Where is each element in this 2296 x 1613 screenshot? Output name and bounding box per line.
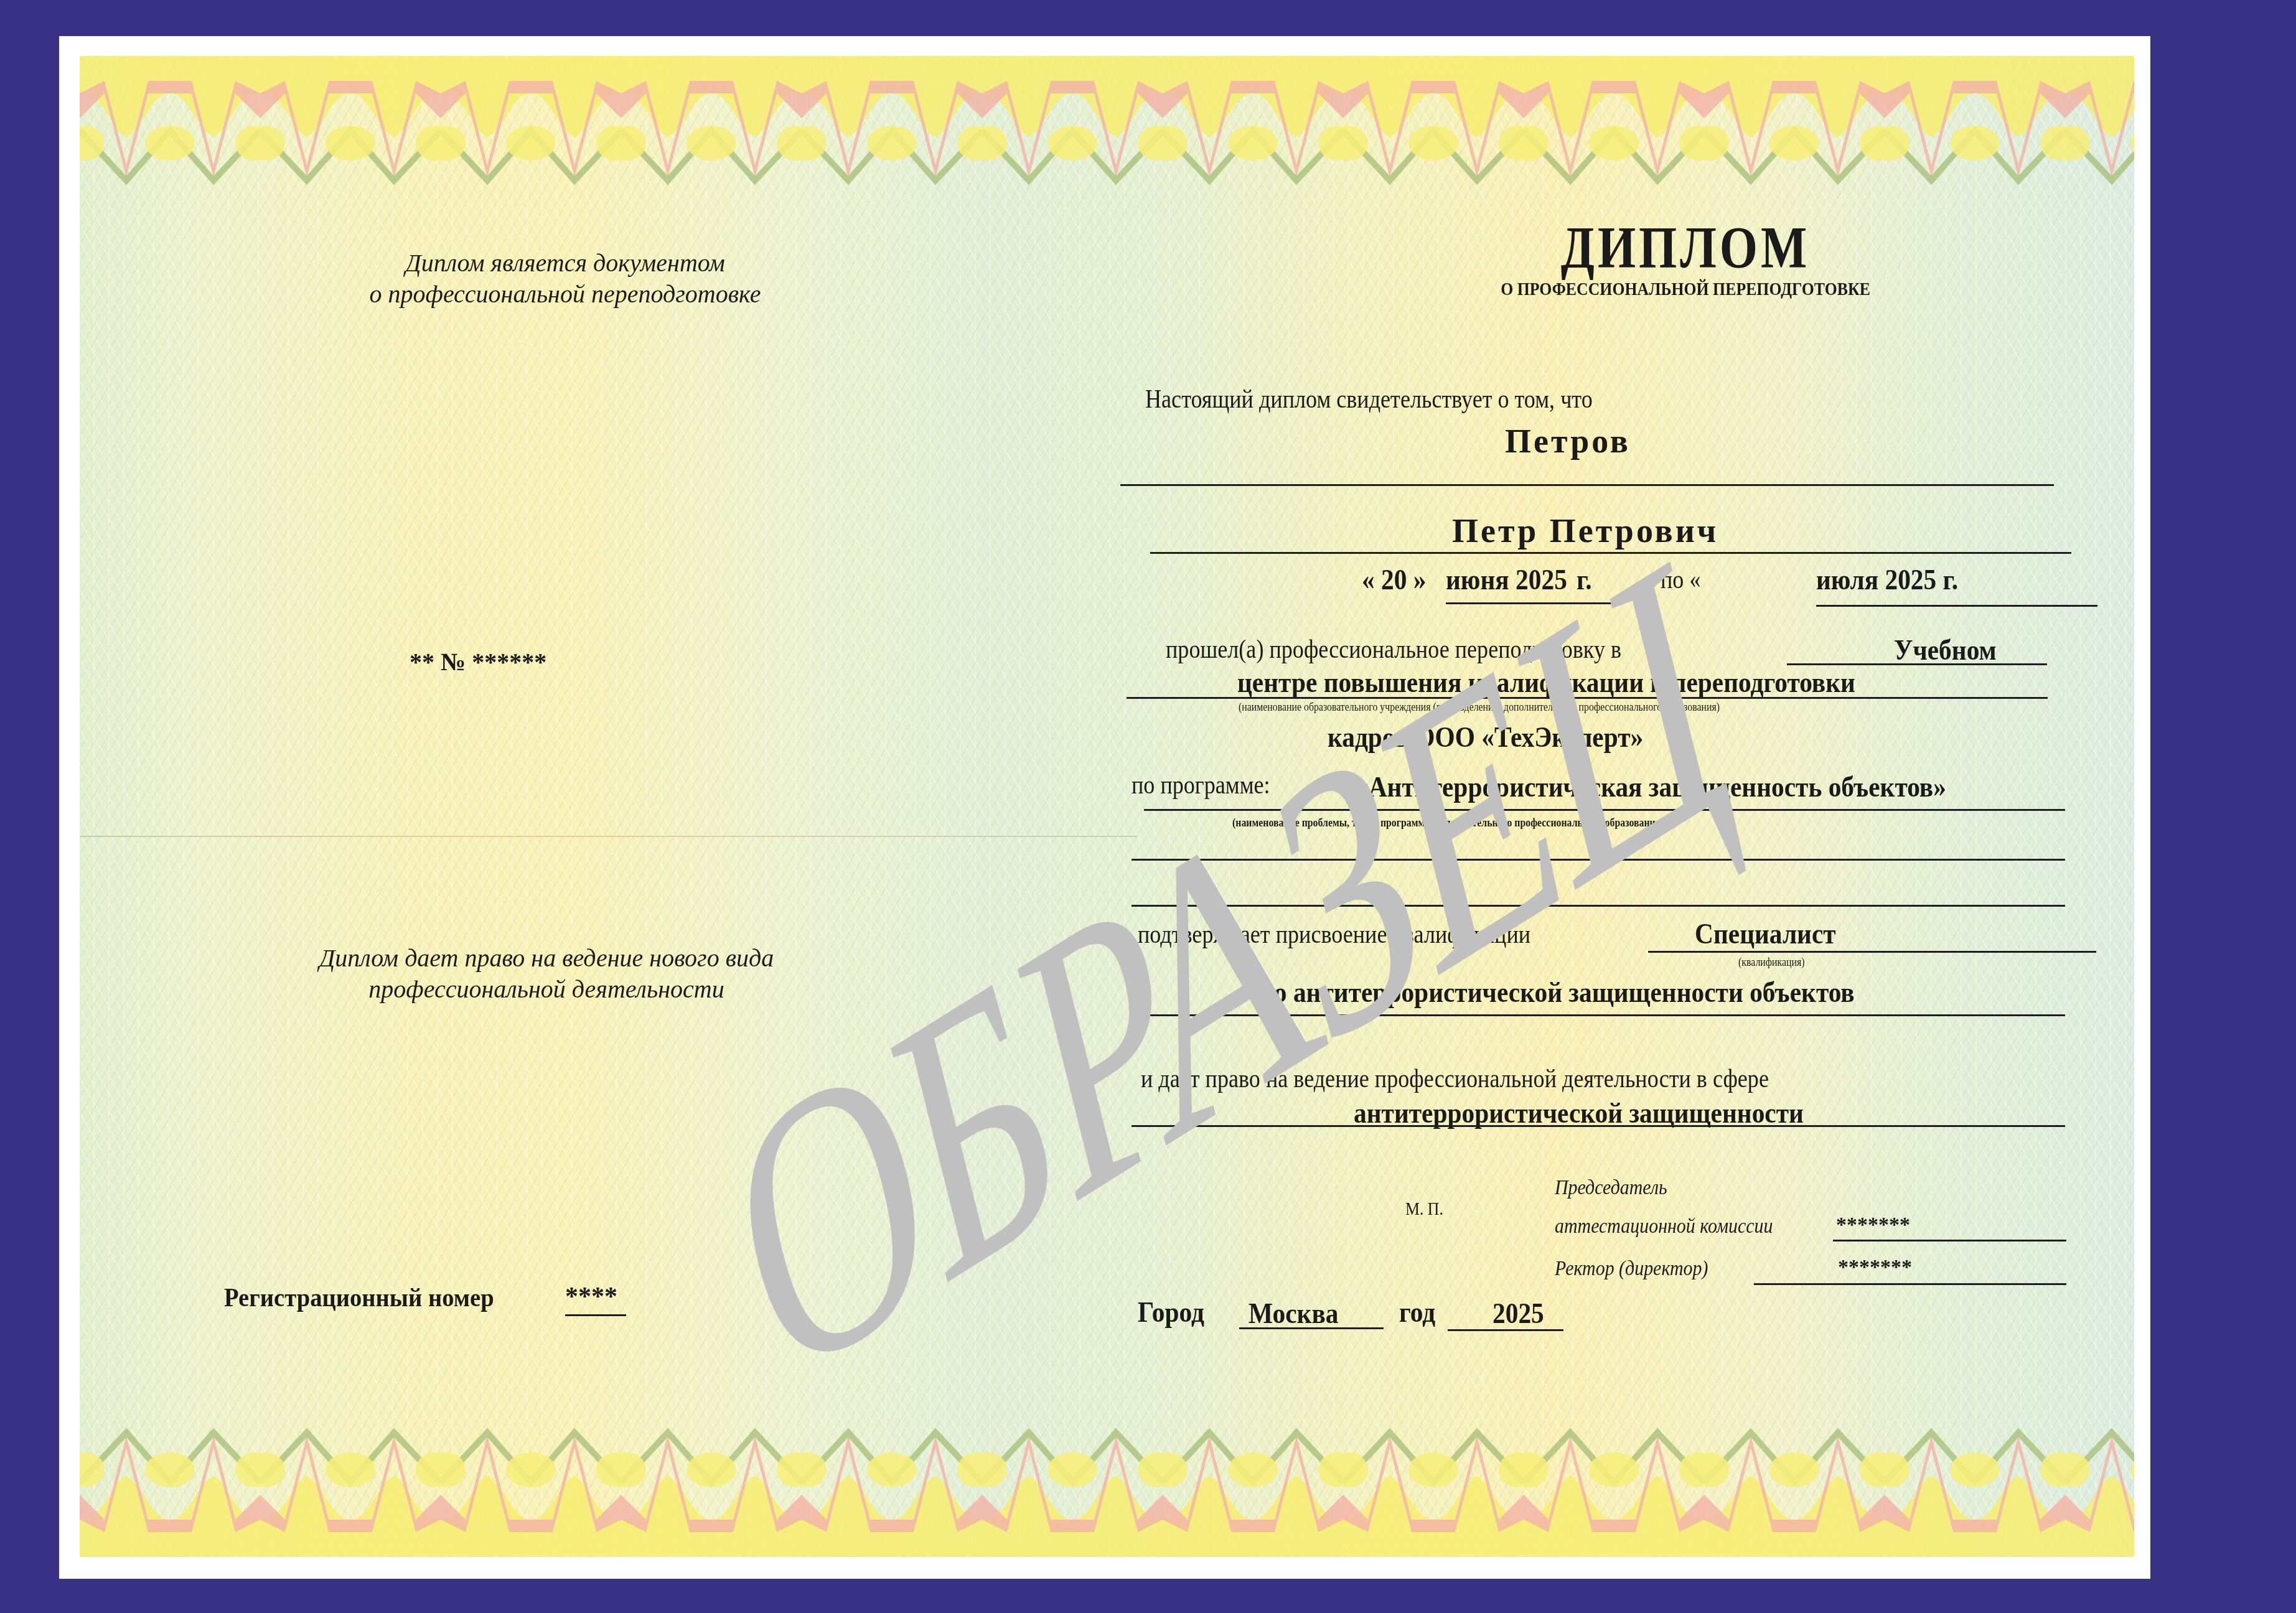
program-label: по программе: xyxy=(1132,770,1270,800)
given-names-underline xyxy=(1150,552,2071,554)
city-label: Город xyxy=(1138,1296,1204,1329)
year-underline xyxy=(1448,1329,1563,1331)
stamp-place: М. П. xyxy=(1405,1199,1443,1220)
top-ornament-band xyxy=(80,56,2134,187)
date-from-underline xyxy=(1446,602,1621,604)
program-extra-line-2 xyxy=(1132,905,2065,907)
qualification-line-2: по антитеррористической защищенности объ… xyxy=(1259,976,1855,1009)
city-underline xyxy=(1239,1327,1384,1329)
chairman-signature-line xyxy=(1833,1240,2066,1241)
qualification-value: Специалист xyxy=(1695,917,1836,950)
rector-label: Ректор (директор) xyxy=(1555,1257,1708,1281)
program-hint: (наименование проблемы, темы, программы … xyxy=(1232,816,1664,830)
rector-signature-line xyxy=(1754,1283,2066,1285)
chairman-signature: ******* xyxy=(1836,1213,1910,1237)
institution-line-2-underline xyxy=(1127,697,2048,699)
caption-line: Диплом дает право на ведение нового вида xyxy=(235,943,858,974)
qualification-underline xyxy=(1648,951,2096,953)
certifies-text: Настоящий диплом свидетельствует о том, … xyxy=(1145,385,1593,414)
given-names: Петр Петрович xyxy=(1452,512,1718,550)
qualification-text: подтверждает присвоение квалификации xyxy=(1138,920,1530,950)
institution-hint: (наименование образовательного учреждени… xyxy=(1239,701,1720,714)
registration-underline xyxy=(565,1314,626,1316)
bottom-ornament-band xyxy=(80,1426,2134,1557)
chairman-label-2: аттестационной комиссии xyxy=(1555,1215,1773,1238)
qualification-hint: (квалификация) xyxy=(1738,956,1805,969)
registration-label: Регистрационный номер xyxy=(224,1283,494,1313)
qualification-line-2-underline xyxy=(1132,1014,2065,1016)
city-value: Москва xyxy=(1249,1297,1339,1330)
program-value: «Антитеррористическая защищенность объек… xyxy=(1356,770,1946,803)
institution-line-1-underline xyxy=(1787,663,2047,665)
program-underline xyxy=(1144,809,2065,811)
date-to-underline xyxy=(1816,605,2097,607)
surname: Петров xyxy=(1505,422,1631,461)
date-to-prefix: по « xyxy=(1661,565,1700,595)
page-subtitle: О ПРОФЕССИОНАЛЬНОЙ ПЕРЕПОДГОТОВКЕ xyxy=(1391,279,1980,300)
date-from-month-year: июня 2025 xyxy=(1446,563,1567,596)
caption-line: о профессиональной переподготовке xyxy=(254,279,876,310)
institution-line-1: Учебном xyxy=(1894,634,1997,666)
serial-number: ** № ****** xyxy=(410,647,546,676)
date-from-day: « 20 » xyxy=(1362,563,1427,596)
left-caption-top: Диплом является документом о профессиона… xyxy=(254,248,876,310)
rights-underline xyxy=(1132,1125,2065,1127)
rights-text: и дает право на ведение профессиональной… xyxy=(1141,1064,1769,1094)
caption-line: Диплом является документом xyxy=(254,248,876,279)
fold-line xyxy=(80,836,1138,837)
year-label: год xyxy=(1399,1296,1435,1329)
page-title: ДИПЛОМ xyxy=(1491,213,1879,282)
chairman-label-1: Председатель xyxy=(1555,1176,1667,1200)
left-caption-bottom: Диплом дает право на ведение нового вида… xyxy=(235,943,858,1005)
caption-line: профессиональной деятельности xyxy=(235,974,858,1005)
program-extra-line-1 xyxy=(1132,859,2065,861)
diploma-sheet: Диплом является документом о профессиона… xyxy=(80,56,2134,1557)
surname-underline xyxy=(1120,484,2054,486)
institution-line-3: кадров ООО «ТехЭксперт» xyxy=(1328,721,1643,754)
date-from-suffix: г. xyxy=(1577,563,1591,596)
registration-value: **** xyxy=(565,1282,617,1312)
date-to-month-year: июля 2025 г. xyxy=(1816,563,1958,596)
passed-text: прошел(а) профессиональное переподготовк… xyxy=(1166,635,1621,665)
rector-signature: ******* xyxy=(1838,1256,1912,1279)
institution-line-2: центре повышения квалификации и переподг… xyxy=(1237,666,1855,699)
year-value: 2025 xyxy=(1492,1297,1544,1330)
